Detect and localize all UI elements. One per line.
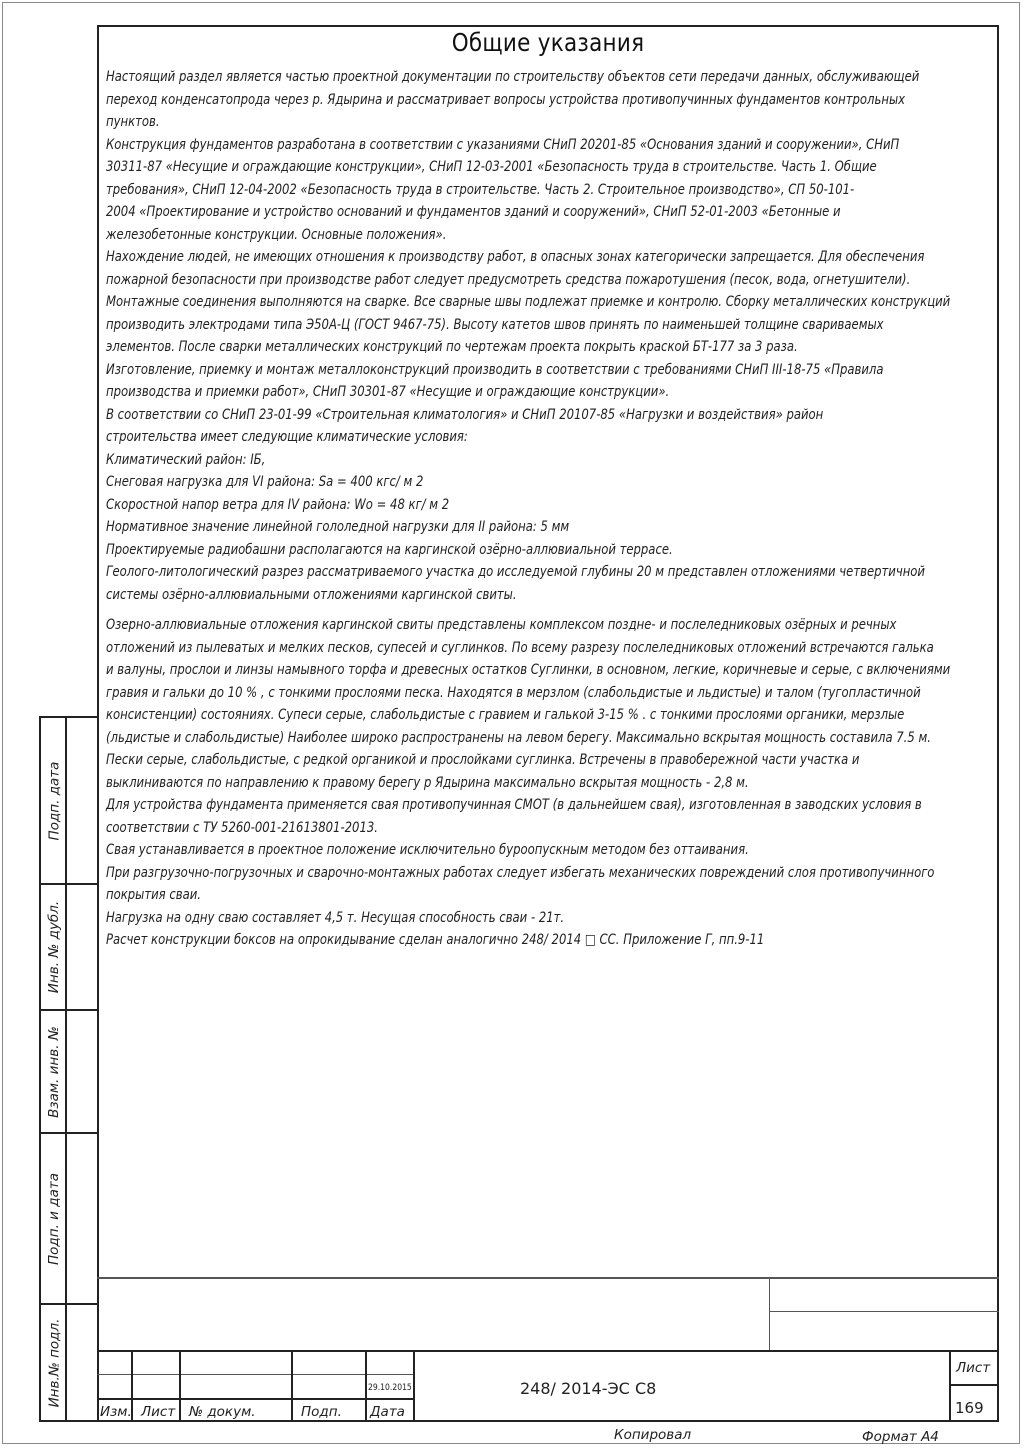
general-notes-text: Настоящий раздел является частью проектн… xyxy=(106,66,996,952)
text-line: 30311-87 «Несущие и ограждающие конструк… xyxy=(106,156,836,179)
side-label: Взам. инв. № xyxy=(46,1026,62,1118)
side-cell-replace-inv: Взам. инв. № xyxy=(39,1009,97,1134)
side-stamp: Подп. дата Инв. № дубл. Взам. инв. № Под… xyxy=(39,716,97,1422)
sheet-number: 169 xyxy=(955,1399,984,1417)
side-cell-sign-date: Подп. дата xyxy=(39,716,97,885)
notes-block-2: Озерно-аллювиальные отложения каргинской… xyxy=(106,614,996,952)
text-line: Скоростной напор ветра для IV района: Wo… xyxy=(106,494,836,517)
col-date: Дата xyxy=(370,1404,405,1420)
side-cell-sign-and-date: Подп. и дата xyxy=(39,1132,97,1305)
text-line: Климатический район: IБ, xyxy=(106,449,836,472)
text-line: Свая устанавливается в проектное положен… xyxy=(106,839,836,862)
text-line: элементов. После сварки металлических ко… xyxy=(106,336,836,359)
text-line: гравия и гальки до 10 % , с тонкими прос… xyxy=(106,682,836,705)
text-line: производить электродами типа Э50А-Ц (ГОС… xyxy=(106,314,836,337)
side-cell-orig-inv: Инв.№ подл. xyxy=(39,1303,97,1422)
text-line: выклиниваются по направлению к правому б… xyxy=(106,772,836,795)
document-code: 248/ 2014-ЭС С8 xyxy=(520,1379,656,1398)
text-line: Нахождение людей, не имеющих отношения к… xyxy=(106,246,836,269)
text-line: строительства имеет следующие климатичес… xyxy=(106,426,836,449)
text-line: Озерно-аллювиальные отложения каргинской… xyxy=(106,614,836,637)
side-label: Инв.№ подл. xyxy=(46,1318,62,1407)
text-line: Нагрузка на одну сваю составляет 4,5 т. … xyxy=(106,907,836,930)
format-label: Формат А4 xyxy=(862,1429,939,1445)
text-line: системы озёрно-аллювиальными отложениями… xyxy=(106,584,836,607)
side-cell-dup-inv: Инв. № дубл. xyxy=(39,883,97,1011)
col-rev: Изм. xyxy=(100,1404,132,1420)
text-line: соответствии с ТУ 5260-001-21613801-2013… xyxy=(106,817,836,840)
text-line: требования», СНиП 12-04-2002 «Безопаснос… xyxy=(106,179,836,202)
text-line: Монтажные соединения выполняются на свар… xyxy=(106,291,836,314)
text-line: пунктов. xyxy=(106,111,836,134)
side-label: Подп. и дата xyxy=(46,1173,62,1265)
text-line: 2004 «Проектирование и устройство основа… xyxy=(106,201,836,224)
text-line: Пески серые, слабольдистые, с редкой орг… xyxy=(106,749,836,772)
text-line: Для устройства фундамента применяется св… xyxy=(106,794,836,817)
text-line: консистенции) состояниях. Супеси серые, … xyxy=(106,704,836,727)
text-line: переход конденсатопрода через р. Ядырина… xyxy=(106,89,836,112)
text-line: пожарной безопасности при производстве р… xyxy=(106,269,836,292)
col-sign: Подп. xyxy=(301,1404,342,1420)
text-line: При разгрузочно-погрузочных и сварочно-м… xyxy=(106,862,836,885)
text-line: Расчет конструкции боксов на опрокидыван… xyxy=(106,929,836,952)
text-line: Настоящий раздел является частью проектн… xyxy=(106,66,836,89)
col-sheet: Лист xyxy=(141,1404,175,1420)
page-title: Общие указания xyxy=(160,28,936,57)
approval-date: 29.10.2015 xyxy=(368,1383,412,1393)
text-line: и валуны, прослои и линзы намывного торф… xyxy=(106,659,836,682)
text-line: производства и приемки работ», СНиП 3030… xyxy=(106,381,836,404)
col-doc-no: № докум. xyxy=(189,1404,256,1420)
sheet-label: Лист xyxy=(956,1360,990,1376)
text-line: Геолого-литологический разрез рассматрив… xyxy=(106,561,836,584)
text-line: (льдистые и слабольдистые) Наиболее широ… xyxy=(106,727,836,750)
text-line: Конструкция фундаментов разработана в со… xyxy=(106,134,836,157)
text-line: покрытия сваи. xyxy=(106,884,836,907)
text-line: железобетонные конструкции. Основные пол… xyxy=(106,224,836,247)
text-line: Изготовление, приемку и монтаж металлоко… xyxy=(106,359,836,382)
text-line: Снеговая нагрузка для VI района: Sа = 40… xyxy=(106,471,836,494)
copied-by-label: Копировал xyxy=(614,1427,691,1443)
text-line: В соответствии со СНиП 23-01-99 «Строите… xyxy=(106,404,836,427)
side-label: Инв. № дубл. xyxy=(46,901,62,993)
text-line: Проектируемые радиобашни располагаются н… xyxy=(106,539,836,562)
notes-block-1: Настоящий раздел является частью проектн… xyxy=(106,66,996,606)
text-line: Нормативное значение линейной гололедной… xyxy=(106,516,836,539)
side-label: Подп. дата xyxy=(46,761,62,840)
text-line: отложений из пылеватых и мелких песков, … xyxy=(106,637,836,660)
